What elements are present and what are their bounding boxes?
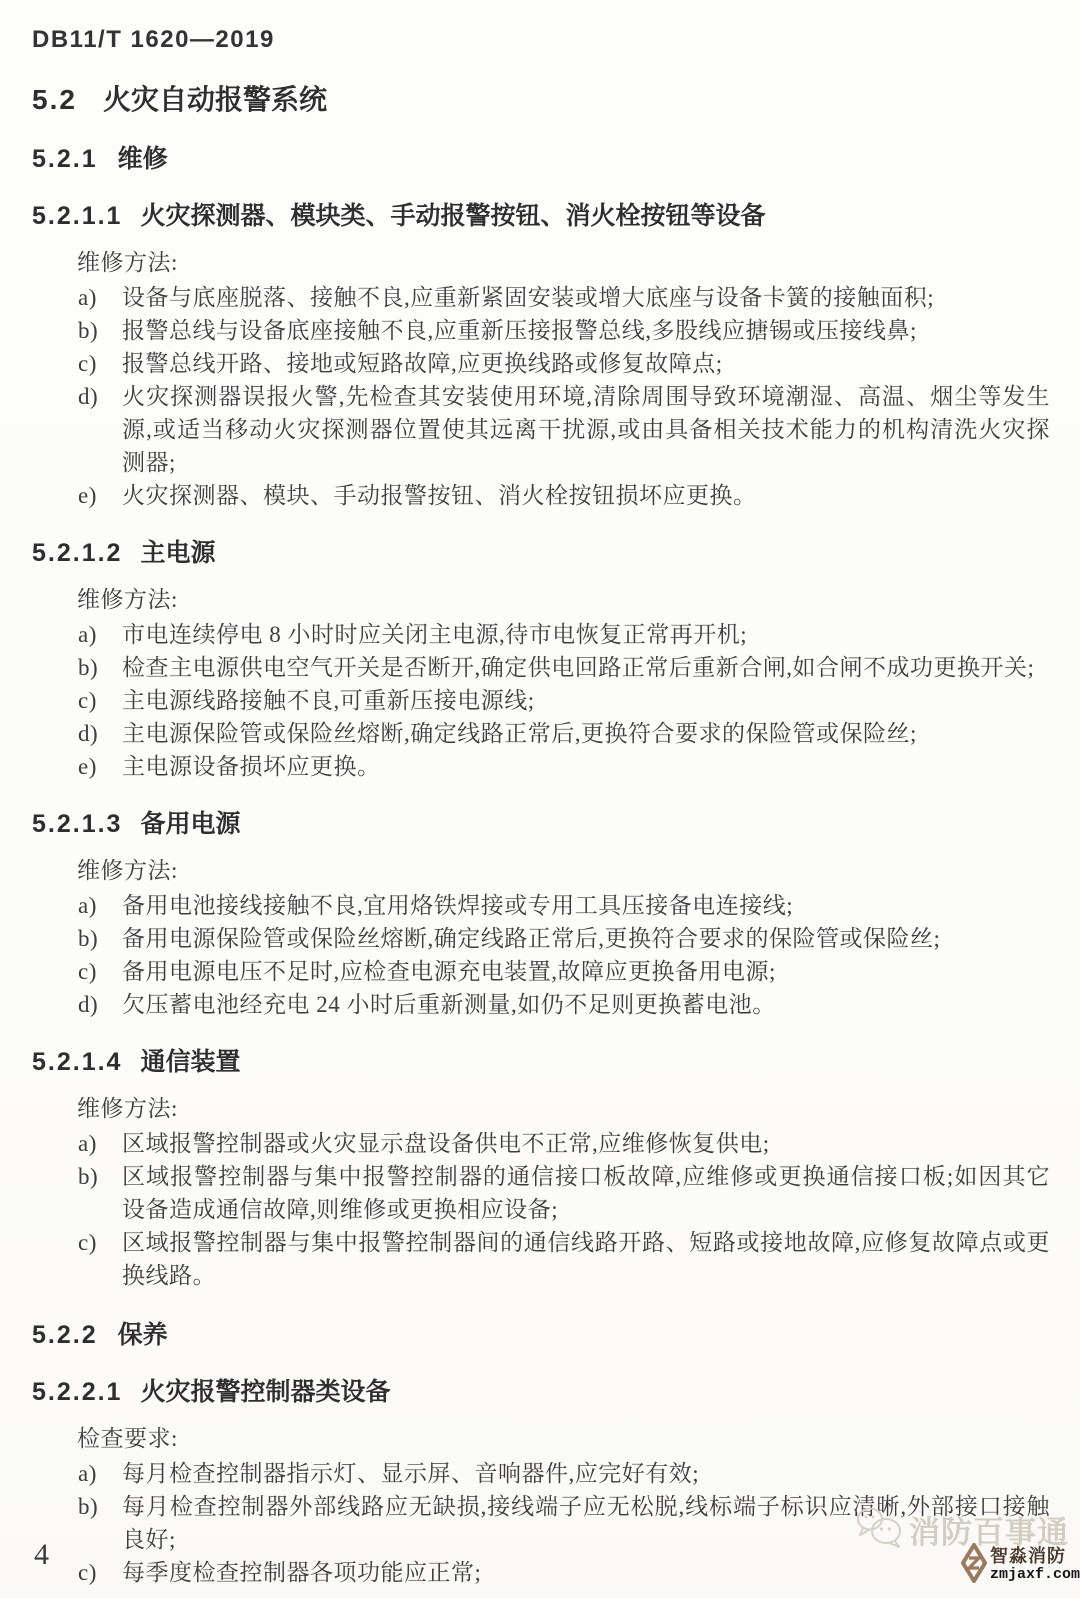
section-title: 维修 <box>118 143 168 175</box>
page-number: 4 <box>34 1538 49 1572</box>
list-marker: b) <box>78 922 122 955</box>
standard-number: DB11/T 1620—2019 <box>32 26 1050 54</box>
list-item: c)备用电源电压不足时,应检查电源充电装置,故障应更换备用电源; <box>78 955 1050 988</box>
lettered-list: a)区域报警控制器或火灾显示盘设备供电不正常,应维修恢复供电;b)区域报警控制器… <box>78 1127 1050 1292</box>
section-number: 5.2.2.1 <box>32 1376 122 1408</box>
zhimiao-brand-block: 智淼消防 zmjaxf.com <box>961 1543 1080 1588</box>
list-marker: b) <box>78 1490 122 1556</box>
list-text: 检查主电源供电空气开关是否断开,确定供电回路正常后重新合闸,如合闸不成功更换开关… <box>122 651 1050 684</box>
list-intro-label: 维修方法: <box>77 584 1050 616</box>
section-title: 火灾探测器、模块类、手动报警按钮、消火栓按钮等设备 <box>140 200 765 232</box>
list-marker: a) <box>78 889 122 922</box>
list-text: 备用电源电压不足时,应检查电源充电装置,故障应更换备用电源; <box>122 955 1050 988</box>
section-number: 5.2.1.3 <box>32 808 122 840</box>
list-text: 火灾探测器、模块、手动报警按钮、消火栓按钮损坏应更换。 <box>122 479 1050 512</box>
list-text: 火灾探测器误报火警,先检查其安装使用环境,清除周围导致环境潮湿、高温、烟尘等发生… <box>122 380 1050 479</box>
section-number: 5.2.1.2 <box>32 537 122 569</box>
list-text: 报警总线与设备底座接触不良,应重新压接报警总线,多股线应搪锡或压接线鼻; <box>122 314 1050 347</box>
diamond-logo-icon <box>961 1543 987 1588</box>
list-intro-label: 维修方法: <box>77 247 1050 279</box>
lettered-list: a)备用电池接线接触不良,宜用烙铁焊接或专用工具压接备电连接线;b)备用电源保险… <box>78 889 1050 1021</box>
list-item: b)报警总线与设备底座接触不良,应重新压接报警总线,多股线应搪锡或压接线鼻; <box>78 314 1050 347</box>
section-title: 火灾自动报警系统 <box>103 84 327 116</box>
section-heading: 5.2.1.2主电源 <box>32 537 1050 569</box>
list-marker: c) <box>78 955 122 988</box>
section-title: 主电源 <box>140 537 215 569</box>
section-number: 5.2.2 <box>32 1319 98 1351</box>
list-item: b)备用电源保险管或保险丝熔断,确定线路正常后,更换符合要求的保险管或保险丝; <box>78 922 1050 955</box>
list-item: d)欠压蓄电池经充电 24 小时后重新测量,如仍不足则更换蓄电池。 <box>78 988 1050 1021</box>
list-text: 区域报警控制器或火灾显示盘设备供电不正常,应维修恢复供电; <box>122 1127 1050 1160</box>
list-text: 备用电池接线接触不良,宜用烙铁焊接或专用工具压接备电连接线; <box>122 889 1050 922</box>
section-title: 通信装置 <box>140 1046 240 1078</box>
list-item: b)区域报警控制器与集中报警控制器的通信接口板故障,应维修或更换通信接口板;如因… <box>78 1160 1050 1226</box>
list-marker: c) <box>78 347 122 380</box>
list-text: 区域报警控制器与集中报警控制器的通信接口板故障,应维修或更换通信接口板;如因其它… <box>122 1160 1050 1226</box>
zhimiao-url: zmjaxf.com <box>990 1567 1080 1584</box>
list-text: 主电源设备损坏应更换。 <box>122 750 1050 783</box>
zhimiao-brand-name: 智淼消防 <box>990 1547 1080 1567</box>
list-item: a)区域报警控制器或火灾显示盘设备供电不正常,应维修恢复供电; <box>78 1127 1050 1160</box>
list-item: a)设备与底座脱落、接触不良,应重新紧固安装或增大底座与设备卡簧的接触面积; <box>78 281 1050 314</box>
lettered-list: a)市电连续停电 8 小时时应关闭主电源,待市电恢复正常再开机;b)检查主电源供… <box>78 618 1050 783</box>
list-marker: a) <box>78 281 122 314</box>
list-marker: c) <box>78 1556 122 1589</box>
list-marker: a) <box>78 618 122 651</box>
section-heading: 5.2.2保养 <box>32 1319 1050 1351</box>
list-text: 主电源保险管或保险丝熔断,确定线路正常后,更换符合要求的保险管或保险丝; <box>122 717 1050 750</box>
list-marker: a) <box>78 1457 122 1490</box>
list-item: d)火灾探测器误报火警,先检查其安装使用环境,清除周围导致环境潮湿、高温、烟尘等… <box>78 380 1050 479</box>
section-title: 保养 <box>118 1319 168 1351</box>
list-text: 主电源线路接触不良,可重新压接电源线; <box>122 684 1050 717</box>
lettered-list: a)设备与底座脱落、接触不良,应重新紧固安装或增大底座与设备卡簧的接触面积;b)… <box>78 281 1050 512</box>
lettered-list: a)每月检查控制器指示灯、显示屏、音响器件,应完好有效;b)每月检查控制器外部线… <box>78 1457 1050 1589</box>
list-marker: c) <box>78 1226 122 1292</box>
zhimiao-texts: 智淼消防 zmjaxf.com <box>990 1547 1080 1583</box>
list-text: 每季度检查控制器各项功能应正常; <box>122 1556 1050 1589</box>
section-heading: 5.2.2.1火灾报警控制器类设备 <box>32 1376 1050 1408</box>
list-item: c)每季度检查控制器各项功能应正常; <box>78 1556 1050 1589</box>
document-body: 5.2火灾自动报警系统5.2.1维修5.2.1.1火灾探测器、模块类、手动报警按… <box>32 84 1050 1589</box>
list-text: 每月检查控制器外部线路应无缺损,接线端子应无松脱,线标端子标识应清晰,外部接口接… <box>122 1490 1050 1556</box>
section-heading: 5.2火灾自动报警系统 <box>32 84 1050 116</box>
list-item: c)主电源线路接触不良,可重新压接电源线; <box>78 684 1050 717</box>
list-item: e)主电源设备损坏应更换。 <box>78 750 1050 783</box>
list-marker: b) <box>78 651 122 684</box>
list-intro-label: 维修方法: <box>77 1093 1050 1125</box>
list-item: c)报警总线开路、接地或短路故障,应更换线路或修复故障点; <box>78 347 1050 380</box>
document-page: DB11/T 1620—2019 5.2火灾自动报警系统5.2.1维修5.2.1… <box>0 0 1080 1598</box>
list-marker: e) <box>78 479 122 512</box>
section-title: 备用电源 <box>140 808 240 840</box>
list-intro-label: 检查要求: <box>77 1423 1050 1455</box>
section-heading: 5.2.1.3备用电源 <box>32 808 1050 840</box>
list-marker: d) <box>78 717 122 750</box>
document-content: DB11/T 1620—2019 5.2火灾自动报警系统5.2.1维修5.2.1… <box>0 0 1080 1589</box>
list-marker: d) <box>78 988 122 1021</box>
section-title: 火灾报警控制器类设备 <box>140 1376 390 1408</box>
section-number: 5.2.1.1 <box>32 200 122 232</box>
list-text: 市电连续停电 8 小时时应关闭主电源,待市电恢复正常再开机; <box>122 618 1050 651</box>
list-intro-label: 维修方法: <box>77 855 1050 887</box>
section-heading: 5.2.1.1火灾探测器、模块类、手动报警按钮、消火栓按钮等设备 <box>32 200 1050 232</box>
list-item: b)检查主电源供电空气开关是否断开,确定供电回路正常后重新合闸,如合闸不成功更换… <box>78 651 1050 684</box>
list-marker: e) <box>78 750 122 783</box>
section-number: 5.2 <box>32 84 77 116</box>
section-heading: 5.2.1.4通信装置 <box>32 1046 1050 1078</box>
list-item: e)火灾探测器、模块、手动报警按钮、消火栓按钮损坏应更换。 <box>78 479 1050 512</box>
list-item: c)区域报警控制器与集中报警控制器间的通信线路开路、短路或接地故障,应修复故障点… <box>78 1226 1050 1292</box>
list-text: 欠压蓄电池经充电 24 小时后重新测量,如仍不足则更换蓄电池。 <box>122 988 1050 1021</box>
section-number: 5.2.1.4 <box>32 1046 122 1078</box>
list-item: d)主电源保险管或保险丝熔断,确定线路正常后,更换符合要求的保险管或保险丝; <box>78 717 1050 750</box>
list-marker: d) <box>78 380 122 479</box>
list-marker: b) <box>78 314 122 347</box>
list-marker: a) <box>78 1127 122 1160</box>
list-marker: c) <box>78 684 122 717</box>
list-text: 区域报警控制器与集中报警控制器间的通信线路开路、短路或接地故障,应修复故障点或更… <box>122 1226 1050 1292</box>
list-item: a)每月检查控制器指示灯、显示屏、音响器件,应完好有效; <box>78 1457 1050 1490</box>
list-text: 设备与底座脱落、接触不良,应重新紧固安装或增大底座与设备卡簧的接触面积; <box>122 281 1050 314</box>
list-item: a)市电连续停电 8 小时时应关闭主电源,待市电恢复正常再开机; <box>78 618 1050 651</box>
list-marker: b) <box>78 1160 122 1226</box>
list-text: 备用电源保险管或保险丝熔断,确定线路正常后,更换符合要求的保险管或保险丝; <box>122 922 1050 955</box>
list-text: 报警总线开路、接地或短路故障,应更换线路或修复故障点; <box>122 347 1050 380</box>
section-number: 5.2.1 <box>32 143 98 175</box>
section-heading: 5.2.1维修 <box>32 143 1050 175</box>
list-text: 每月检查控制器指示灯、显示屏、音响器件,应完好有效; <box>122 1457 1050 1490</box>
list-item: a)备用电池接线接触不良,宜用烙铁焊接或专用工具压接备电连接线; <box>78 889 1050 922</box>
list-item: b)每月检查控制器外部线路应无缺损,接线端子应无松脱,线标端子标识应清晰,外部接… <box>78 1490 1050 1556</box>
